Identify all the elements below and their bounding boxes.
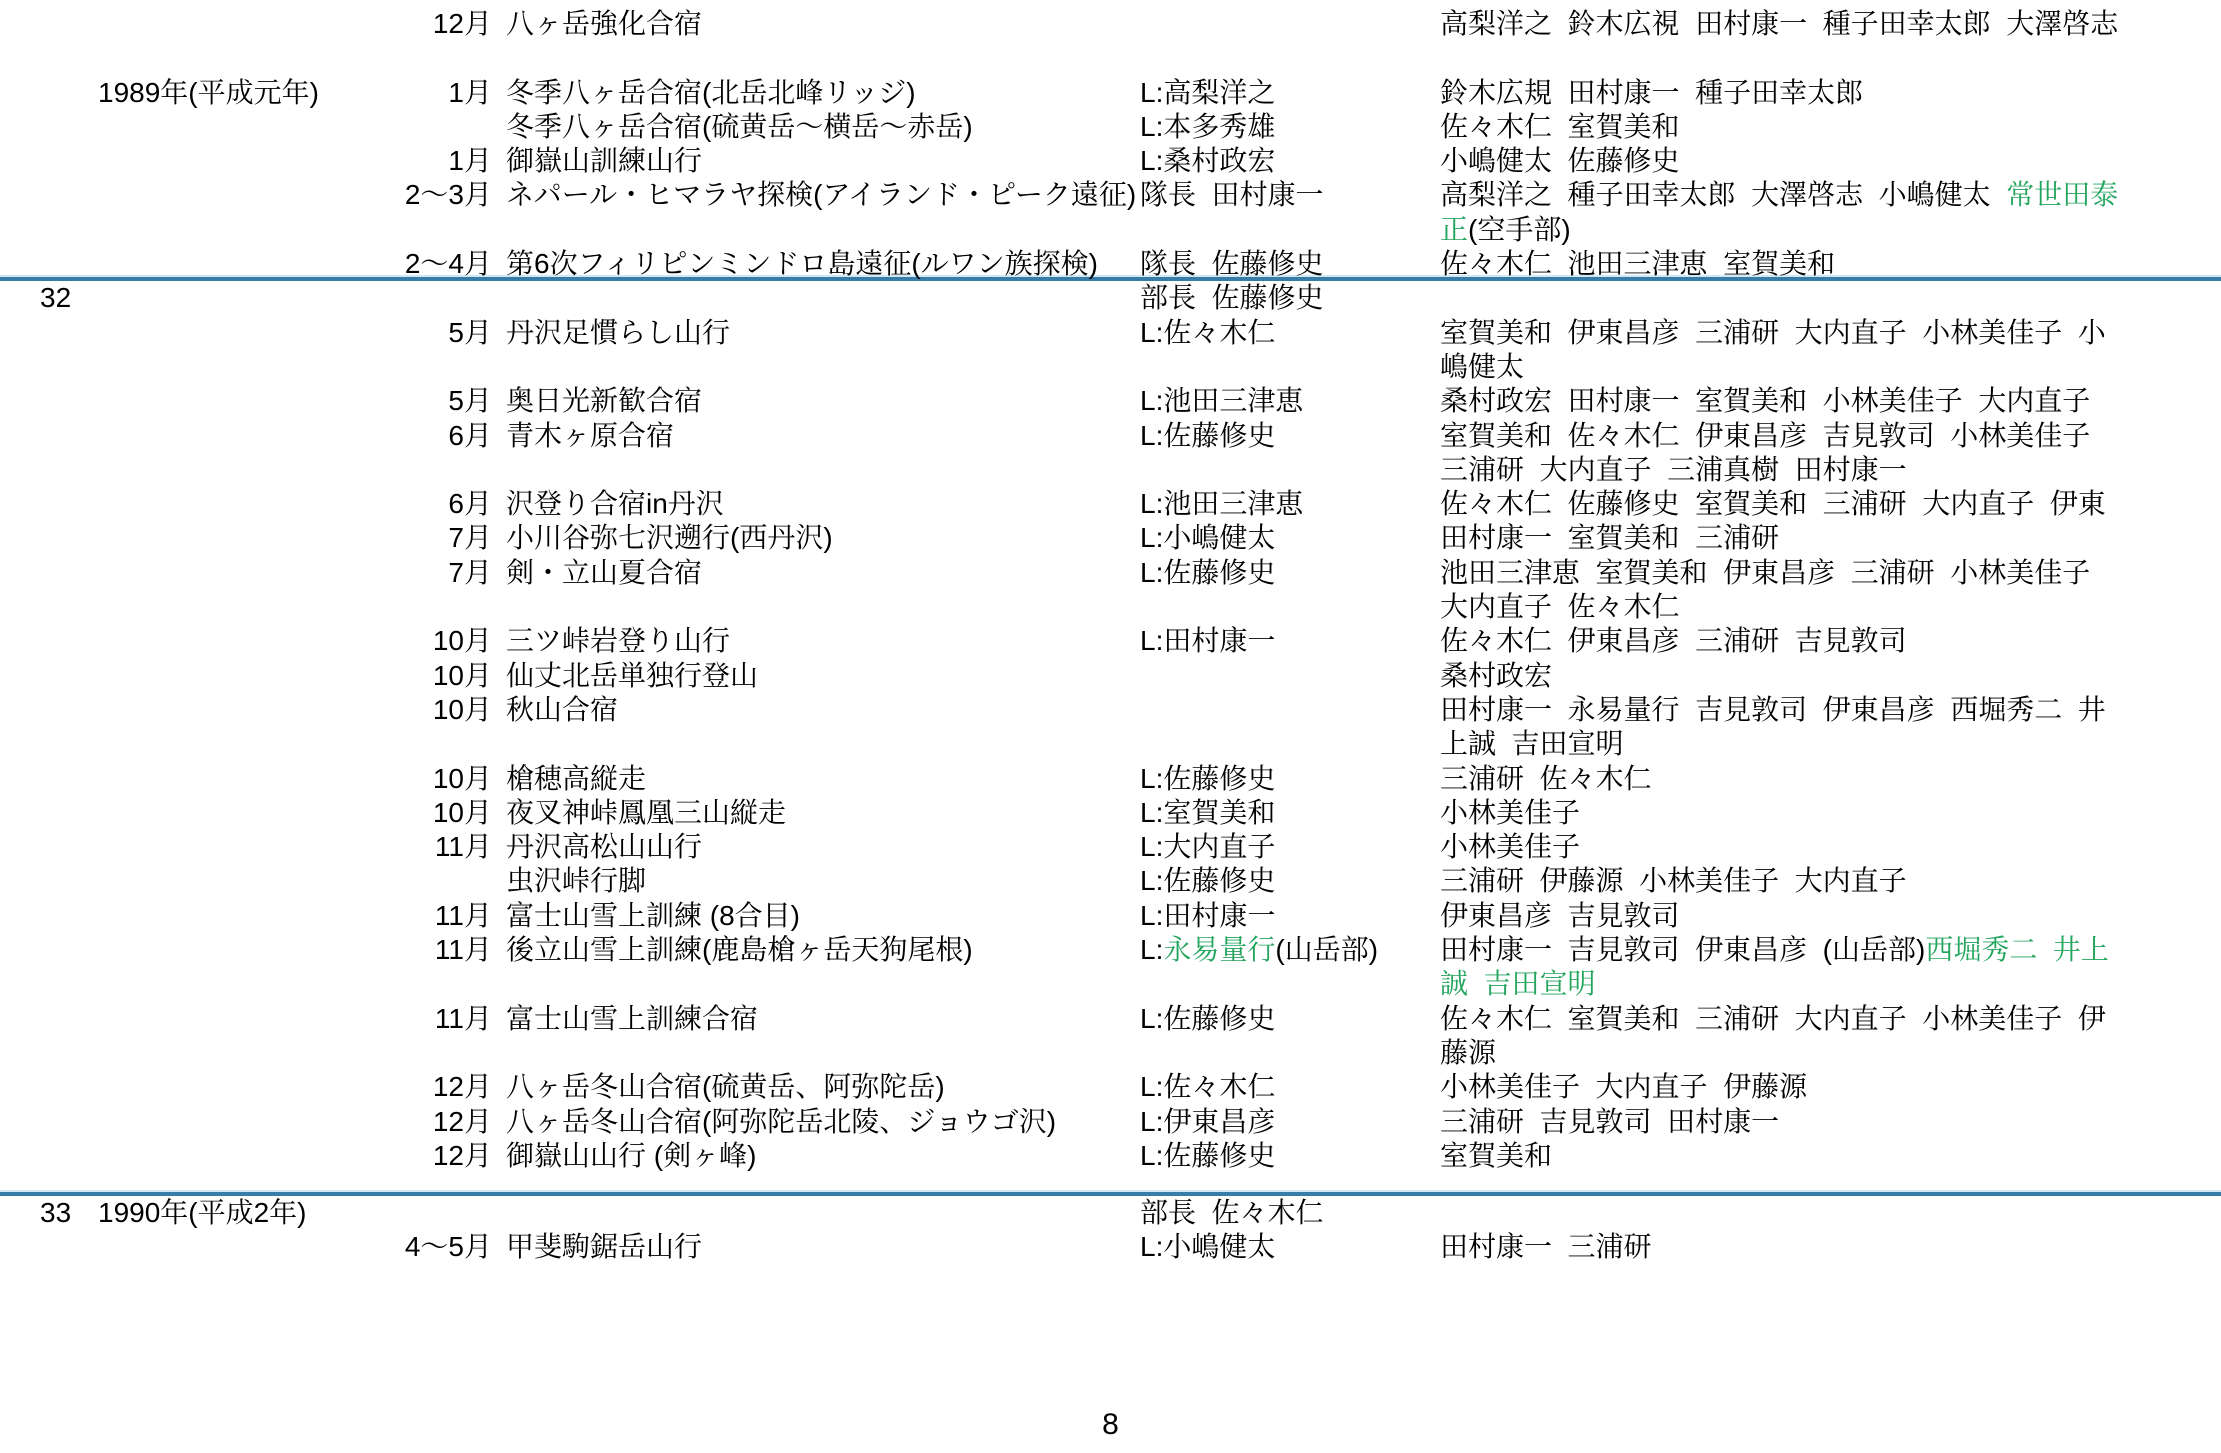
table-row: 12月八ヶ岳冬山合宿(阿弥陀岳北陵、ジョウゴ沢)L:伊東昌彦三浦研 吉見敦司 田…: [0, 1105, 2221, 1139]
cell-year: [96, 7, 392, 41]
cell-entry-number: [0, 659, 96, 693]
participants-line: 佐々木仁 佐藤修史 室賀美和 三浦研 大内直子 伊東: [1440, 487, 2221, 521]
cell-year: 1990年(平成2年): [96, 1196, 392, 1230]
cell-year: [96, 933, 392, 1002]
cell-leader: L:室賀美和: [1136, 796, 1440, 830]
cell-leader: [1136, 7, 1440, 41]
highlighted-name-text: 永易量行: [1163, 934, 1275, 965]
cell-leader: L:池田三津恵: [1136, 487, 1440, 521]
cell-leader: [1136, 693, 1440, 762]
cell-leader: 部長 佐藤修史: [1136, 281, 1440, 315]
cell-participants: 高梨洋之 種子田幸太郎 大澤啓志 小嶋健太 常世田泰正(空手部): [1440, 178, 2221, 247]
cell-year: [96, 1230, 392, 1264]
cell-participants: [1440, 281, 2221, 315]
cell-year: [96, 487, 392, 521]
cell-participants: 佐々木仁 池田三津恵 室賀美和: [1440, 247, 2221, 281]
participants-line: 田村康一 吉見敦司 伊東昌彦 (山岳部)西堀秀二 井上: [1440, 933, 2221, 967]
cell-leader: L:永易量行(山岳部): [1136, 933, 1440, 1002]
cell-participants: 鈴木広規 田村康一 種子田幸太郎: [1440, 76, 2221, 110]
cell-participants: 桑村政宏: [1440, 659, 2221, 693]
text-run: 桑村政宏: [1440, 660, 1552, 691]
participants-line: 田村康一 永易量行 吉見敦司 伊東昌彦 西堀秀二 井: [1440, 693, 2221, 727]
cell-entry-number: [0, 419, 96, 488]
cell-participants: 室賀美和 伊東昌彦 三浦研 大内直子 小林美佳子 小嶋健太: [1440, 316, 2221, 385]
cell-activity: 冬季八ヶ岳合宿(北岳北峰リッジ): [492, 76, 1136, 110]
text-run: L:佐藤修史: [1140, 557, 1275, 588]
text-run: 部長 佐々木仁: [1140, 1197, 1324, 1228]
text-run: 上誠 吉田宣明: [1440, 728, 1624, 759]
participants-line: 田村康一 室賀美和 三浦研: [1440, 521, 2221, 555]
cell-participants: 三浦研 吉見敦司 田村康一: [1440, 1105, 2221, 1139]
participants-line: 正(空手部): [1440, 213, 2221, 247]
text-run: L:室賀美和: [1140, 797, 1275, 828]
cell-activity: 仙丈北岳単独行登山: [492, 659, 1136, 693]
cell-entry-number: [0, 1139, 96, 1173]
text-run: L:高梨洋之: [1140, 77, 1275, 108]
table-row: 5月奥日光新歓合宿L:池田三津恵桑村政宏 田村康一 室賀美和 小林美佳子 大内直…: [0, 384, 2221, 418]
cell-year: [96, 316, 392, 385]
table-row: 10月槍穂高縦走L:佐藤修史三浦研 佐々木仁: [0, 762, 2221, 796]
cell-month: 10月: [392, 796, 492, 830]
cell-participants: 三浦研 伊藤源 小林美佳子 大内直子: [1440, 864, 2221, 898]
cell-entry-number: [0, 247, 96, 281]
text-run: 鈴木広規 田村康一 種子田幸太郎: [1440, 77, 1863, 108]
table-row: 4〜5月甲斐駒鋸岳山行L:小嶋健太田村康一 三浦研: [0, 1230, 2221, 1264]
cell-activity: 後立山雪上訓練(鹿島槍ヶ岳天狗尾根): [492, 933, 1136, 1002]
participants-line: 室賀美和 伊東昌彦 三浦研 大内直子 小林美佳子 小: [1440, 316, 2221, 350]
cell-participants: 高梨洋之 鈴木広視 田村康一 種子田幸太郎 大澤啓志: [1440, 7, 2221, 41]
table-row: 11月富士山雪上訓練 (8合目)L:田村康一伊東昌彦 吉見敦司: [0, 899, 2221, 933]
cell-entry-number: [0, 178, 96, 247]
cell-month: 11月: [392, 933, 492, 1002]
cell-month: 12月: [392, 1070, 492, 1104]
table-row: 1月御嶽山訓練山行L:桑村政宏小嶋健太 佐藤修史: [0, 144, 2221, 178]
text-run: L:佐藤修史: [1140, 420, 1275, 451]
cell-month: 5月: [392, 384, 492, 418]
text-run: 隊長 佐藤修史: [1140, 248, 1324, 279]
table-row: 2〜4月第6次フィリピンミンドロ島遠征(ルワン族探検)隊長 佐藤修史佐々木仁 池…: [0, 247, 2221, 281]
text-run: 三浦研 吉見敦司 田村康一: [1440, 1106, 1779, 1137]
cell-year: [96, 1002, 392, 1071]
text-run: 藤源: [1440, 1037, 1496, 1068]
participants-line: 小林美佳子: [1440, 796, 2221, 830]
cell-year: [96, 1070, 392, 1104]
cell-entry-number: [0, 384, 96, 418]
cell-year: [96, 384, 392, 418]
cell-leader: L:田村康一: [1136, 624, 1440, 658]
text-run: 高梨洋之 種子田幸太郎 大澤啓志 小嶋健太: [1440, 179, 2006, 210]
cell-year: [96, 521, 392, 555]
cell-activity: 沢登り合宿in丹沢: [492, 487, 1136, 521]
cell-participants: 伊東昌彦 吉見敦司: [1440, 899, 2221, 933]
text-run: 室賀美和: [1440, 1140, 1552, 1171]
cell-year: [96, 796, 392, 830]
text-run: 隊長 田村康一: [1140, 179, 1324, 210]
cell-leader: 隊長 田村康一: [1136, 178, 1440, 247]
text-run: L:佐藤修史: [1140, 865, 1275, 896]
cell-entry-number: [0, 899, 96, 933]
blank-line: [0, 41, 2221, 75]
participants-line: 佐々木仁 池田三津恵 室賀美和: [1440, 247, 2221, 281]
cell-entry-number: 33: [0, 1196, 96, 1230]
highlighted-name-text: 正: [1440, 214, 1468, 245]
cell-leader: L:佐藤修史: [1136, 419, 1440, 488]
highlighted-name-text: 西堀秀二 井上: [1925, 934, 2109, 965]
cell-activity: 奥日光新歓合宿: [492, 384, 1136, 418]
participants-line: 三浦研 吉見敦司 田村康一: [1440, 1105, 2221, 1139]
cell-entry-number: [0, 110, 96, 144]
cell-leader: L:佐藤修史: [1136, 1139, 1440, 1173]
text-run: L:佐藤修史: [1140, 1003, 1275, 1034]
participants-line: 小林美佳子 大内直子 伊藤源: [1440, 1070, 2221, 1104]
text-run: 佐々木仁 池田三津恵 室賀美和: [1440, 248, 1835, 279]
cell-year: [96, 178, 392, 247]
cell-year: [96, 144, 392, 178]
participants-line: 桑村政宏: [1440, 659, 2221, 693]
text-run: L:田村康一: [1140, 900, 1275, 931]
table-row: 6月青木ヶ原合宿L:佐藤修史室賀美和 佐々木仁 伊東昌彦 吉見敦司 小林美佳子三…: [0, 419, 2221, 488]
cell-entry-number: [0, 933, 96, 1002]
cell-month: 10月: [392, 624, 492, 658]
participants-line: 佐々木仁 伊東昌彦 三浦研 吉見敦司: [1440, 624, 2221, 658]
participants-line: 高梨洋之 鈴木広視 田村康一 種子田幸太郎 大澤啓志: [1440, 7, 2221, 41]
cell-activity: [492, 281, 1136, 315]
text-run: 室賀美和 佐々木仁 伊東昌彦 吉見敦司 小林美佳子: [1440, 420, 2090, 451]
cell-participants: 田村康一 三浦研: [1440, 1230, 2221, 1264]
cell-leader: L:田村康一: [1136, 899, 1440, 933]
cell-entry-number: [0, 1105, 96, 1139]
cell-participants: 三浦研 佐々木仁: [1440, 762, 2221, 796]
table-row: 7月剣・立山夏合宿L:佐藤修史池田三津恵 室賀美和 伊東昌彦 三浦研 小林美佳子…: [0, 556, 2221, 625]
cell-participants: 小林美佳子: [1440, 830, 2221, 864]
participants-line: 鈴木広規 田村康一 種子田幸太郎: [1440, 76, 2221, 110]
cell-leader: L:小嶋健太: [1136, 1230, 1440, 1264]
cell-leader: L:佐藤修史: [1136, 1002, 1440, 1071]
cell-entry-number: [0, 76, 96, 110]
page-number: 8: [0, 1408, 2221, 1442]
cell-participants: 池田三津恵 室賀美和 伊東昌彦 三浦研 小林美佳子大内直子 佐々木仁: [1440, 556, 2221, 625]
text-run: 小嶋健太 佐藤修史: [1440, 145, 1680, 176]
text-run: (山岳部): [1275, 934, 1378, 965]
participants-line: 三浦研 伊藤源 小林美佳子 大内直子: [1440, 864, 2221, 898]
text-run: 佐々木仁 伊東昌彦 三浦研 吉見敦司: [1440, 625, 1907, 656]
cell-entry-number: [0, 624, 96, 658]
cell-leader: L:佐藤修史: [1136, 762, 1440, 796]
text-run: L:佐々木仁: [1140, 317, 1275, 348]
cell-year: [96, 281, 392, 315]
cell-leader: L:佐々木仁: [1136, 316, 1440, 385]
cell-activity: 第6次フィリピンミンドロ島遠征(ルワン族探検): [492, 247, 1136, 281]
text-run: L:田村康一: [1140, 625, 1275, 656]
participants-line: 佐々木仁 室賀美和: [1440, 110, 2221, 144]
participants-line: 室賀美和 佐々木仁 伊東昌彦 吉見敦司 小林美佳子: [1440, 419, 2221, 453]
participants-line: 小林美佳子: [1440, 830, 2221, 864]
cell-entry-number: [0, 693, 96, 762]
participants-line: 三浦研 佐々木仁: [1440, 762, 2221, 796]
table-row: 10月夜叉神峠鳳凰三山縦走L:室賀美和小林美佳子: [0, 796, 2221, 830]
cell-month: [392, 864, 492, 898]
text-run: 大内直子 佐々木仁: [1440, 591, 1680, 622]
text-run: 嶋健太: [1440, 351, 1524, 382]
text-run: L:佐々木仁: [1140, 1071, 1275, 1102]
table-row: 12月八ヶ岳強化合宿高梨洋之 鈴木広視 田村康一 種子田幸太郎 大澤啓志: [0, 7, 2221, 41]
cell-activity: 夜叉神峠鳳凰三山縦走: [492, 796, 1136, 830]
cell-month: 6月: [392, 419, 492, 488]
cell-participants: 小嶋健太 佐藤修史: [1440, 144, 2221, 178]
cell-participants: 佐々木仁 室賀美和: [1440, 110, 2221, 144]
text-run: (空手部): [1468, 214, 1571, 245]
table-row: 12月八ヶ岳冬山合宿(硫黄岳、阿弥陀岳)L:佐々木仁小林美佳子 大内直子 伊藤源: [0, 1070, 2221, 1104]
cell-month: 12月: [392, 1139, 492, 1173]
cell-year: [96, 659, 392, 693]
cell-month: 2〜3月: [392, 178, 492, 247]
text-run: L:池田三津恵: [1140, 385, 1303, 416]
cell-activity: 丹沢足慣らし山行: [492, 316, 1136, 385]
cell-participants: [1440, 1196, 2221, 1230]
text-run: L:本多秀雄: [1140, 111, 1275, 142]
table-row: 11月富士山雪上訓練合宿L:佐藤修史佐々木仁 室賀美和 三浦研 大内直子 小林美…: [0, 1002, 2221, 1071]
cell-month: 12月: [392, 7, 492, 41]
cell-activity: 八ヶ岳冬山合宿(阿弥陀岳北陵、ジョウゴ沢): [492, 1105, 1136, 1139]
table-row: 32部長 佐藤修史: [0, 281, 2221, 315]
cell-entry-number: [0, 487, 96, 521]
cell-entry-number: [0, 144, 96, 178]
cell-participants: 小林美佳子 大内直子 伊藤源: [1440, 1070, 2221, 1104]
cell-month: 10月: [392, 762, 492, 796]
text-run: 桑村政宏 田村康一 室賀美和 小林美佳子 大内直子: [1440, 385, 2090, 416]
cell-year: [96, 247, 392, 281]
cell-activity: 虫沢峠行脚: [492, 864, 1136, 898]
table-row: 12月御嶽山山行 (剣ヶ峰)L:佐藤修史室賀美和: [0, 1139, 2221, 1173]
cell-activity: 御嶽山訓練山行: [492, 144, 1136, 178]
text-run: 部長 佐藤修史: [1140, 282, 1324, 313]
highlighted-name-text: 誠 吉田宣明: [1440, 968, 1596, 999]
cell-activity: 剣・立山夏合宿: [492, 556, 1136, 625]
text-run: L:桑村政宏: [1140, 145, 1275, 176]
participants-line: 田村康一 三浦研: [1440, 1230, 2221, 1264]
cell-leader: L:小嶋健太: [1136, 521, 1440, 555]
cell-year: [96, 556, 392, 625]
cell-activity: 御嶽山山行 (剣ヶ峰): [492, 1139, 1136, 1173]
cell-participants: 佐々木仁 室賀美和 三浦研 大内直子 小林美佳子 伊藤源: [1440, 1002, 2221, 1071]
cell-year: [96, 419, 392, 488]
cell-entry-number: [0, 316, 96, 385]
table-row: 11月丹沢高松山山行L:大内直子小林美佳子: [0, 830, 2221, 864]
cell-leader: L:高梨洋之: [1136, 76, 1440, 110]
cell-month: 2〜4月: [392, 247, 492, 281]
cell-year: [96, 1105, 392, 1139]
text-run: L:伊東昌彦: [1140, 1106, 1275, 1137]
cell-month: [392, 110, 492, 144]
cell-activity: 青木ヶ原合宿: [492, 419, 1136, 488]
text-run: 三浦研 佐々木仁: [1440, 763, 1652, 794]
text-run: L:佐藤修史: [1140, 1140, 1275, 1171]
text-run: 小林美佳子: [1440, 797, 1580, 828]
cell-month: 1月: [392, 144, 492, 178]
participants-line: 小嶋健太 佐藤修史: [1440, 144, 2221, 178]
text-run: 伊東昌彦 吉見敦司: [1440, 900, 1680, 931]
text-run: L:池田三津恵: [1140, 488, 1303, 519]
cell-activity: 八ヶ岳強化合宿: [492, 7, 1136, 41]
table-row: 1989年(平成元年)1月冬季八ヶ岳合宿(北岳北峰リッジ)L:高梨洋之鈴木広規 …: [0, 76, 2221, 110]
text-run: L:: [1140, 934, 1163, 965]
cell-month: 11月: [392, 899, 492, 933]
cell-participants: 田村康一 室賀美和 三浦研: [1440, 521, 2221, 555]
cell-activity: [492, 1196, 1136, 1230]
participants-line: 藤源: [1440, 1036, 2221, 1070]
cell-entry-number: [0, 830, 96, 864]
cell-entry-number: 32: [0, 281, 96, 315]
cell-leader: 部長 佐々木仁: [1136, 1196, 1440, 1230]
text-run: 田村康一 吉見敦司 伊東昌彦 (山岳部): [1440, 934, 1925, 965]
participants-line: 伊東昌彦 吉見敦司: [1440, 899, 2221, 933]
cell-year: [96, 830, 392, 864]
table-row: 10月秋山合宿田村康一 永易量行 吉見敦司 伊東昌彦 西堀秀二 井上誠 吉田宣明: [0, 693, 2221, 762]
text-run: 佐々木仁 室賀美和 三浦研 大内直子 小林美佳子 伊: [1440, 1003, 2106, 1034]
cell-month: 1月: [392, 76, 492, 110]
cell-year: [96, 899, 392, 933]
cell-activity: 富士山雪上訓練合宿: [492, 1002, 1136, 1071]
table-row: 6月沢登り合宿in丹沢L:池田三津恵佐々木仁 佐藤修史 室賀美和 三浦研 大内直…: [0, 487, 2221, 521]
cell-month: 11月: [392, 1002, 492, 1071]
cell-participants: 田村康一 永易量行 吉見敦司 伊東昌彦 西堀秀二 井上誠 吉田宣明: [1440, 693, 2221, 762]
cell-leader: L:佐々木仁: [1136, 1070, 1440, 1104]
cell-activity: 丹沢高松山山行: [492, 830, 1136, 864]
text-run: 佐々木仁 室賀美和: [1440, 111, 1680, 142]
cell-year: [96, 762, 392, 796]
cell-participants: 室賀美和 佐々木仁 伊東昌彦 吉見敦司 小林美佳子三浦研 大内直子 三浦真樹 田…: [1440, 419, 2221, 488]
table-row: 10月仙丈北岳単独行登山桑村政宏: [0, 659, 2221, 693]
cell-year: [96, 693, 392, 762]
cell-leader: L:佐藤修史: [1136, 864, 1440, 898]
cell-leader: L:佐藤修史: [1136, 556, 1440, 625]
participants-line: 桑村政宏 田村康一 室賀美和 小林美佳子 大内直子: [1440, 384, 2221, 418]
table-row: 7月小川谷弥七沢遡行(西丹沢)L:小嶋健太田村康一 室賀美和 三浦研: [0, 521, 2221, 555]
table-row: 331990年(平成2年)部長 佐々木仁: [0, 1196, 2221, 1230]
participants-line: 上誠 吉田宣明: [1440, 727, 2221, 761]
participants-line: 池田三津恵 室賀美和 伊東昌彦 三浦研 小林美佳子: [1440, 556, 2221, 590]
text-run: 池田三津恵 室賀美和 伊東昌彦 三浦研 小林美佳子: [1440, 557, 2090, 588]
cell-leader: 隊長 佐藤修史: [1136, 247, 1440, 281]
cell-participants: 小林美佳子: [1440, 796, 2221, 830]
cell-participants: 佐々木仁 佐藤修史 室賀美和 三浦研 大内直子 伊東: [1440, 487, 2221, 521]
cell-month: 11月: [392, 830, 492, 864]
text-run: 田村康一 三浦研: [1440, 1231, 1652, 1262]
text-run: 三浦研 大内直子 三浦真樹 田村康一: [1440, 454, 1907, 485]
cell-entry-number: [0, 1230, 96, 1264]
text-run: L:小嶋健太: [1140, 522, 1275, 553]
document-page: 12月八ヶ岳強化合宿高梨洋之 鈴木広視 田村康一 種子田幸太郎 大澤啓志1989…: [0, 7, 2221, 1265]
cell-month: 4〜5月: [392, 1230, 492, 1264]
cell-activity: 冬季八ヶ岳合宿(硫黄岳〜横岳〜赤岳): [492, 110, 1136, 144]
cell-year: [96, 1139, 392, 1173]
cell-activity: 槍穂高縦走: [492, 762, 1136, 796]
cell-year: [96, 624, 392, 658]
participants-line: 高梨洋之 種子田幸太郎 大澤啓志 小嶋健太 常世田泰: [1440, 178, 2221, 212]
participants-line: 誠 吉田宣明: [1440, 967, 2221, 1001]
cell-entry-number: [0, 7, 96, 41]
cell-year: [96, 864, 392, 898]
table-row: 冬季八ヶ岳合宿(硫黄岳〜横岳〜赤岳)L:本多秀雄佐々木仁 室賀美和: [0, 110, 2221, 144]
cell-month: 10月: [392, 693, 492, 762]
cell-month: 7月: [392, 521, 492, 555]
participants-line: 大内直子 佐々木仁: [1440, 590, 2221, 624]
text-run: L:大内直子: [1140, 831, 1275, 862]
cell-activity: 富士山雪上訓練 (8合目): [492, 899, 1136, 933]
cell-month: 10月: [392, 659, 492, 693]
text-run: L:小嶋健太: [1140, 1231, 1275, 1262]
cell-entry-number: [0, 1002, 96, 1071]
cell-activity: 小川谷弥七沢遡行(西丹沢): [492, 521, 1136, 555]
cell-entry-number: [0, 762, 96, 796]
cell-month: 5月: [392, 316, 492, 385]
cell-month: [392, 1196, 492, 1230]
cell-year: 1989年(平成元年): [96, 76, 392, 110]
text-run: 小林美佳子: [1440, 831, 1580, 862]
table-row: 10月三ツ峠岩登り山行L:田村康一佐々木仁 伊東昌彦 三浦研 吉見敦司: [0, 624, 2221, 658]
table-row: 5月丹沢足慣らし山行L:佐々木仁室賀美和 伊東昌彦 三浦研 大内直子 小林美佳子…: [0, 316, 2221, 385]
cell-entry-number: [0, 864, 96, 898]
text-run: 室賀美和 伊東昌彦 三浦研 大内直子 小林美佳子 小: [1440, 317, 2106, 348]
text-run: L:佐藤修史: [1140, 763, 1275, 794]
blank-line: [0, 1173, 2221, 1190]
participants-line: 三浦研 大内直子 三浦真樹 田村康一: [1440, 453, 2221, 487]
cell-entry-number: [0, 796, 96, 830]
text-run: 田村康一 室賀美和 三浦研: [1440, 522, 1779, 553]
cell-month: 6月: [392, 487, 492, 521]
cell-leader: L:本多秀雄: [1136, 110, 1440, 144]
cell-year: [96, 110, 392, 144]
cell-activity: 三ツ峠岩登り山行: [492, 624, 1136, 658]
cell-activity: 甲斐駒鋸岳山行: [492, 1230, 1136, 1264]
cell-participants: 室賀美和: [1440, 1139, 2221, 1173]
cell-participants: 田村康一 吉見敦司 伊東昌彦 (山岳部)西堀秀二 井上誠 吉田宣明: [1440, 933, 2221, 1002]
cell-activity: ネパール・ヒマラヤ探検(アイランド・ピーク遠征): [492, 178, 1136, 247]
cell-month: 12月: [392, 1105, 492, 1139]
cell-month: [392, 281, 492, 315]
activity-history-table: 12月八ヶ岳強化合宿高梨洋之 鈴木広視 田村康一 種子田幸太郎 大澤啓志1989…: [0, 7, 2221, 1265]
cell-participants: 桑村政宏 田村康一 室賀美和 小林美佳子 大内直子: [1440, 384, 2221, 418]
cell-leader: L:大内直子: [1136, 830, 1440, 864]
table-row: 2〜3月ネパール・ヒマラヤ探検(アイランド・ピーク遠征)隊長 田村康一高梨洋之 …: [0, 178, 2221, 247]
cell-activity: 秋山合宿: [492, 693, 1136, 762]
cell-leader: L:池田三津恵: [1136, 384, 1440, 418]
cell-leader: L:伊東昌彦: [1136, 1105, 1440, 1139]
cell-entry-number: [0, 521, 96, 555]
table-row: 11月後立山雪上訓練(鹿島槍ヶ岳天狗尾根)L:永易量行(山岳部)田村康一 吉見敦…: [0, 933, 2221, 1002]
cell-activity: 八ヶ岳冬山合宿(硫黄岳、阿弥陀岳): [492, 1070, 1136, 1104]
cell-entry-number: [0, 556, 96, 625]
participants-line: 室賀美和: [1440, 1139, 2221, 1173]
participants-line: 嶋健太: [1440, 350, 2221, 384]
text-run: 高梨洋之 鈴木広視 田村康一 種子田幸太郎 大澤啓志: [1440, 8, 2118, 39]
cell-entry-number: [0, 1070, 96, 1104]
text-run: 田村康一 永易量行 吉見敦司 伊東昌彦 西堀秀二 井: [1440, 694, 2106, 725]
table-row: 虫沢峠行脚L:佐藤修史三浦研 伊藤源 小林美佳子 大内直子: [0, 864, 2221, 898]
cell-leader: L:桑村政宏: [1136, 144, 1440, 178]
text-run: 小林美佳子 大内直子 伊藤源: [1440, 1071, 1807, 1102]
cell-participants: 佐々木仁 伊東昌彦 三浦研 吉見敦司: [1440, 624, 2221, 658]
cell-leader: [1136, 659, 1440, 693]
text-run: 三浦研 伊藤源 小林美佳子 大内直子: [1440, 865, 1907, 896]
highlighted-name-text: 常世田泰: [2006, 179, 2118, 210]
participants-line: 佐々木仁 室賀美和 三浦研 大内直子 小林美佳子 伊: [1440, 1002, 2221, 1036]
text-run: 佐々木仁 佐藤修史 室賀美和 三浦研 大内直子 伊東: [1440, 488, 2106, 519]
cell-month: 7月: [392, 556, 492, 625]
